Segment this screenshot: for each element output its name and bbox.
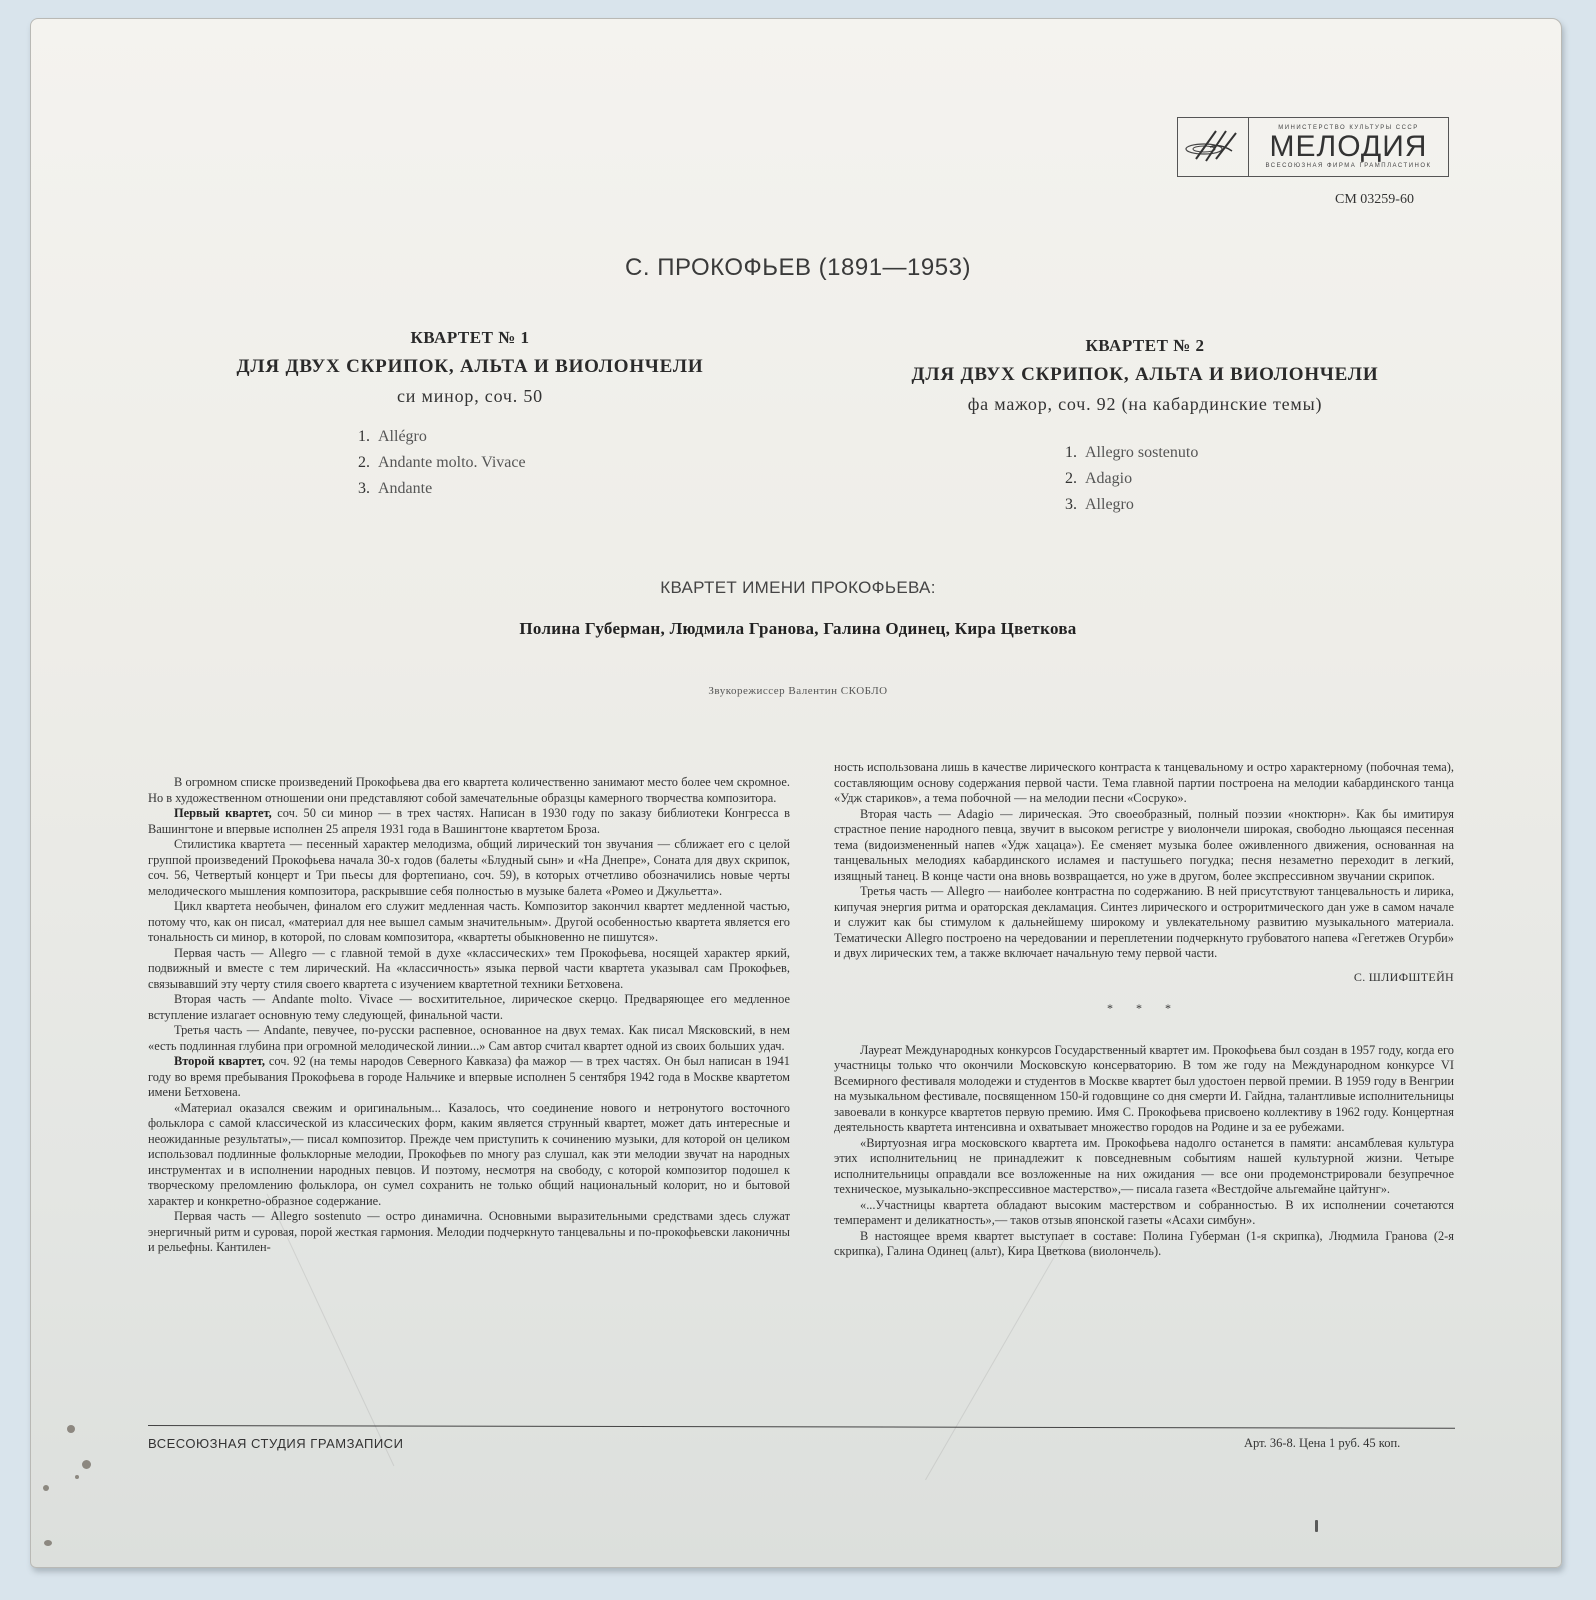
work-2-instrumentation: ДЛЯ ДВУХ СКРИПОК, АЛЬТА И ВИОЛОНЧЕЛИ: [860, 364, 1430, 386]
author-signature: С. ШЛИФШТЕЙН: [834, 970, 1454, 986]
liner-note-paragraph: Третья часть — Andante, певучее, по-русс…: [148, 1023, 790, 1054]
liner-note-paragraph: Третья часть — Allegro — наиболее контра…: [834, 884, 1454, 962]
liner-note-paragraph: Стилистика квартета — песенный характер …: [148, 837, 790, 899]
melodiya-logo: МИНИСТЕРСТВО КУЛЬТУРЫ СССР МЕЛОДИЯ ВСЕСО…: [1177, 117, 1449, 177]
performers-members: Полина Губерман, Людмила Гранова, Галина…: [0, 619, 1596, 639]
work-2-key: фа мажор, соч. 92 (на кабардинские темы): [860, 394, 1430, 415]
melodiya-logo-icon: [1178, 118, 1249, 176]
liner-note-paragraph: Первая часть — Allegro — с главной темой…: [148, 946, 790, 993]
liner-notes-left-column: В огромном списке произведений Прокофьев…: [148, 775, 790, 1256]
work-1-header: КВАРТЕТ № 1 ДЛЯ ДВУХ СКРИПОК, АЛЬТА И ВИ…: [190, 328, 750, 407]
liner-note-paragraph: Вторая часть — Andante molto. Vivace — в…: [148, 992, 790, 1023]
movement-item: 2.Adagio: [1065, 466, 1198, 492]
price-label: Арт. 36-8. Цена 1 руб. 45 коп.: [1244, 1436, 1400, 1451]
sound-engineer-credit: Звукорежиссер Валентин СКОБЛО: [0, 685, 1596, 697]
section-separator: * * *: [834, 1001, 1454, 1017]
movement-item: 1.Allegro sostenuto: [1065, 440, 1198, 466]
work-2-movements: 1.Allegro sostenuto 2.Adagio 3.Allegro: [1065, 440, 1198, 518]
liner-note-paragraph: ность использована лишь в качестве лирич…: [834, 760, 1454, 807]
liner-notes-right-column: ность использована лишь в качестве лирич…: [834, 760, 1454, 1260]
liner-note-paragraph: Лауреат Международных конкурсов Государс…: [834, 1043, 1454, 1136]
liner-note-paragraph: «...Участницы квартета обладают высоким …: [834, 1198, 1454, 1229]
movement-item: 2.Andante molto. Vivace: [358, 450, 526, 476]
work-2-title: КВАРТЕТ № 2: [860, 336, 1430, 356]
work-2-header: КВАРТЕТ № 2 ДЛЯ ДВУХ СКРИПОК, АЛЬТА И ВИ…: [860, 336, 1430, 415]
movement-item: 1.Allégro: [358, 424, 526, 450]
logo-subtitle-text: ВСЕСОЮЗНАЯ ФИРМА ГРАМПЛАСТИНОК: [1265, 163, 1431, 169]
composer-heading: С. ПРОКОФЬЕВ (1891—1953): [0, 254, 1596, 282]
liner-note-paragraph: Первый квартет, соч. 50 си минор — в тре…: [148, 806, 790, 837]
studio-name: ВСЕСОЮЗНАЯ СТУДИЯ ГРАМЗАПИСИ: [148, 1436, 403, 1451]
liner-note-paragraph: Цикл квартета необычен, финалом его служ…: [148, 899, 790, 946]
work-1-key: си минор, соч. 50: [190, 386, 750, 407]
catalog-number: СМ 03259-60: [1335, 192, 1414, 208]
liner-note-paragraph: В настоящее время квартет выступает в со…: [834, 1229, 1454, 1260]
liner-note-paragraph: В огромном списке произведений Прокофьев…: [148, 775, 790, 806]
work-1-title: КВАРТЕТ № 1: [190, 328, 750, 348]
liner-note-paragraph: «Материал оказался свежим и оригинальным…: [148, 1101, 790, 1210]
performers-label: КВАРТЕТ ИМЕНИ ПРОКОФЬЕВА:: [0, 578, 1596, 598]
liner-note-paragraph: Вторая часть — Adagio — лирическая. Это …: [834, 807, 1454, 885]
movement-item: 3.Andante: [358, 476, 526, 502]
work-1-movements: 1.Allégro 2.Andante molto. Vivace 3.Anda…: [358, 424, 526, 502]
work-1-instrumentation: ДЛЯ ДВУХ СКРИПОК, АЛЬТА И ВИОЛОНЧЕЛИ: [190, 356, 750, 378]
liner-note-paragraph: «Виртуозная игра московского квартета им…: [834, 1136, 1454, 1198]
logo-brand-text: МЕЛОДИЯ: [1270, 131, 1428, 163]
movement-item: 3.Allegro: [1065, 492, 1198, 518]
liner-note-paragraph: Первая часть — Allegro sostenuto — остро…: [148, 1209, 790, 1256]
liner-note-paragraph: Второй квартет, соч. 92 (на темы народов…: [148, 1054, 790, 1101]
